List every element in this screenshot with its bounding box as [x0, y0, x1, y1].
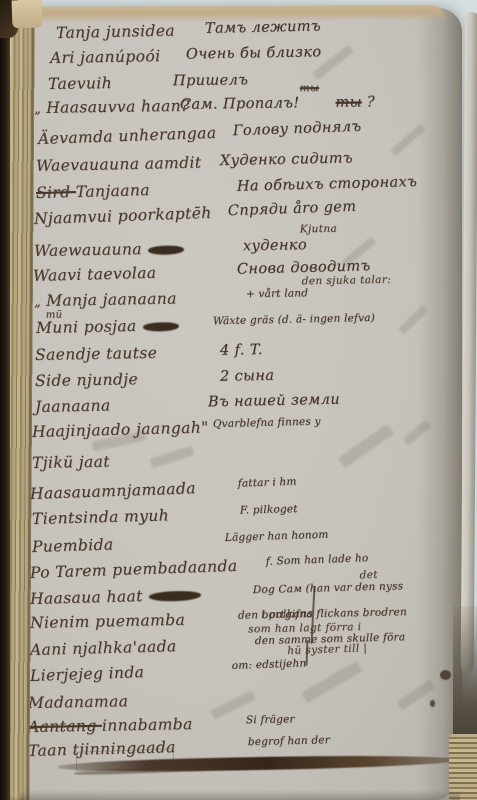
manuscript-line: Tjikü jaat [32, 453, 110, 472]
source-word: Tjikü jaat [32, 453, 110, 472]
source-word: Waavi taevolaa [33, 264, 157, 285]
translation-gloss: Dog Сам (han var den nyss [253, 580, 404, 596]
source-word: Haasauvva haan? [46, 97, 190, 117]
translation-gloss: Голову поднялъ [233, 119, 362, 139]
source-word: Puembida [32, 535, 114, 556]
manuscript-line: Lierjejeg indaom: edstijehnhü syster til… [30, 663, 145, 685]
manuscript-line: Äevamda unherangaaГолову поднялъ [38, 124, 217, 148]
gloss-text: Пришелъ [173, 72, 248, 89]
source-word: Manja jaanaana [46, 290, 177, 310]
manuscript-line: Tientsinda myuhF. pilkoget [32, 506, 170, 528]
gloss-text: + vårt land [246, 287, 308, 300]
source-word: Tanja junsidea [56, 22, 175, 42]
manuscript-line: Njaamvui poorkaptēhСпряди åro gem [34, 204, 212, 228]
interlinear-note: Kjutna [300, 223, 338, 236]
gloss-text: Qvarblefna finnes y [213, 415, 321, 430]
manuscript-line: Nienim puemambaden bortgifna flickans br… [30, 611, 185, 632]
book-binding [0, 0, 10, 800]
translation-gloss: f. Som han lade ho [266, 552, 369, 568]
translation-gloss: На обѣихъ сторонахъ [237, 174, 418, 195]
gloss-text: om: edstijehn [232, 657, 307, 672]
manuscript-line: JaanaanaВъ нашей земли [35, 396, 111, 416]
manuscript-line: PuembidaLägger han honom [32, 535, 114, 556]
manuscript-line: Ari jaanúpoóiОчень бы близко [50, 47, 161, 67]
gloss-text: F. pilkoget [240, 503, 298, 517]
source-word: Lierjejeg inda [30, 663, 145, 685]
translation-gloss: Wäxte gräs (d. ä- ingen lefva) [213, 312, 375, 327]
ink-spot [430, 700, 435, 707]
translation-gloss: Пришелъ [173, 72, 248, 89]
handwriting-layer: Tanja junsideaТамъ лежитъAri jaanúpoóiОч… [0, 0, 477, 800]
source-word: Side njundje [35, 370, 138, 390]
source-word: Haajinjaado jaangah" [32, 418, 209, 441]
translation-gloss: Lägger han honom [225, 529, 329, 544]
gloss-text: На обѣихъ сторонахъ [237, 174, 418, 195]
source-word: Jaanaana [35, 396, 111, 416]
strikethrough-word: ты [335, 94, 362, 110]
gloss-text: худенко [243, 237, 307, 254]
gloss-text: Тамъ лежитъ [205, 18, 321, 36]
gloss-text: begrof han der [248, 734, 330, 748]
interlinear-note: i pulkans [261, 608, 313, 621]
source-word: Waewauauna [34, 240, 142, 260]
manuscript-line: Aani njalhka'aadaden samme som skulle fö… [30, 637, 177, 659]
gloss-text: Si fräger [246, 713, 295, 726]
gloss-text: Очень бы близко [186, 44, 322, 62]
manuscript-photo: Tanja junsideaТамъ лежитъAri jaanúpoóiОч… [0, 0, 477, 800]
manuscript-line: TaevuihПришелъ [48, 74, 112, 93]
ink-blob [143, 322, 179, 332]
source-word: Aani njalhka'aada [30, 637, 177, 659]
margin-mark: „ [34, 102, 41, 117]
page-edge-corner [12, 0, 43, 29]
source-word: Waevauauna aamdit [36, 154, 202, 175]
source-word: Haasauamnjamaada [30, 479, 196, 503]
translation-gloss: Si fräger [246, 713, 295, 726]
strikethrough-word: Sird [36, 183, 76, 202]
interlinear-note: hü syster till | [287, 642, 367, 657]
ink-blob [149, 591, 201, 602]
gloss-text: 4 f. T. [220, 342, 263, 359]
translation-gloss: Очень бы близко [186, 44, 322, 62]
manuscript-line: Saendje tautse4 f. T. [35, 344, 158, 364]
translation-gloss: 4 f. T. [220, 342, 263, 359]
translation-gloss: Въ нашей земли [208, 392, 340, 411]
manuscript-line: Po Tarem puembadaandaf. Som han lade ho [30, 557, 238, 582]
translation-gloss: om: edstijehn [232, 657, 307, 672]
manuscript-line: Tanja junsideaТамъ лежитъ [56, 22, 175, 42]
manuscript-line: Waavi taevolaaСнова доводитъ [33, 264, 157, 285]
ink-spot [440, 670, 451, 680]
source-word: Tanjaana [76, 181, 151, 201]
margin-mark: „ [34, 295, 41, 310]
source-word: Haasaua haat [30, 587, 143, 608]
translation-gloss: Спряди åro gem [228, 199, 357, 219]
translation-gloss: Тамъ лежитъ [205, 18, 321, 36]
manuscript-line: Sird TanjaanaНа обѣихъ сторонахъ [36, 181, 150, 202]
manuscript-line: „Manja jaanaana+ vårt landden sjuka tala… [34, 290, 177, 310]
translation-gloss: begrof han der [248, 734, 330, 748]
strikethrough-word: Aantang [28, 717, 102, 736]
source-word: Taevuih [48, 74, 112, 93]
manuscript-line: Madanamaa [28, 692, 129, 712]
translation-gloss: худенко [243, 237, 307, 254]
manuscript-line: Side njundje2 сына [35, 370, 138, 390]
source-word: Ari jaanúpoói [50, 47, 161, 67]
manuscript-line: Waevauauna aamditХуденко сидитъ [36, 154, 202, 175]
manuscript-line: Aantang innabambaSi fräger [28, 715, 193, 736]
interlinear-note: mü [46, 309, 63, 320]
gloss-text: Dog Сам (han var den nyss [253, 580, 404, 596]
translation-gloss: F. pilkoget [240, 503, 298, 517]
source-word: Äevamda unherangaa [38, 124, 217, 148]
translation-gloss: fattar i hm [238, 476, 297, 490]
page-curl-shadow [453, 606, 477, 746]
manuscript-line: Muni posjaamüWäxte gräs (d. ä- ingen lef… [36, 316, 181, 337]
ink-blob [148, 245, 184, 255]
translation-gloss: Сам. Пропалъ!ты ? [180, 94, 375, 113]
manuscript-line: WaewauaunaхуденкоKjutna [34, 239, 186, 260]
gloss-text: Худенко сидитъ [220, 150, 353, 169]
gloss-tail: ? [362, 94, 375, 110]
manuscript-line: Haasaua haatDog Сам (han var den nyssdet [30, 585, 203, 608]
manuscript-line: Haasauamnjamaadafattar i hm [30, 479, 196, 503]
gloss-text: Wäxte gräs (d. ä- ingen lefva) [213, 312, 375, 327]
source-word: innabamba [102, 715, 193, 735]
source-word: Po Tarem puembadaanda [30, 557, 238, 582]
source-word: Saendje tautse [35, 344, 158, 364]
source-word: Madanamaa [28, 692, 129, 712]
gloss-text: Lägger han honom [225, 529, 329, 544]
manuscript-line: Haajinjaado jaangah"Qvarblefna finnes y [32, 418, 209, 441]
source-word: Njaamvui poorkaptēh [34, 204, 212, 228]
gloss-text: 2 сына [220, 368, 275, 385]
manuscript-line: „Haasauvva haan?Сам. Пропалъ!ты ?ты [34, 97, 190, 117]
source-word: Nienim puemamba [30, 611, 185, 632]
translation-gloss: Худенко сидитъ [220, 150, 353, 169]
bottom-shadow [20, 790, 460, 800]
translation-gloss: Qvarblefna finnes y [213, 415, 321, 430]
gloss-text: fattar i hm [238, 476, 297, 490]
gloss-text: Сам. Пропалъ! [180, 95, 300, 113]
translation-gloss: 2 сына [220, 368, 275, 385]
interlinear-note: den sjuka talar: [302, 274, 392, 288]
gloss-text: Голову поднялъ [233, 119, 362, 139]
gloss-text: f. Som han lade ho [266, 552, 369, 568]
translation-gloss: + vårt land [246, 287, 308, 300]
interlinear-note: det [359, 569, 378, 581]
gloss-text: Спряди åro gem [228, 199, 357, 219]
interlinear-note: ты [300, 82, 319, 94]
source-word: Tientsinda myuh [32, 506, 170, 528]
gloss-text: Въ нашей земли [208, 392, 340, 411]
